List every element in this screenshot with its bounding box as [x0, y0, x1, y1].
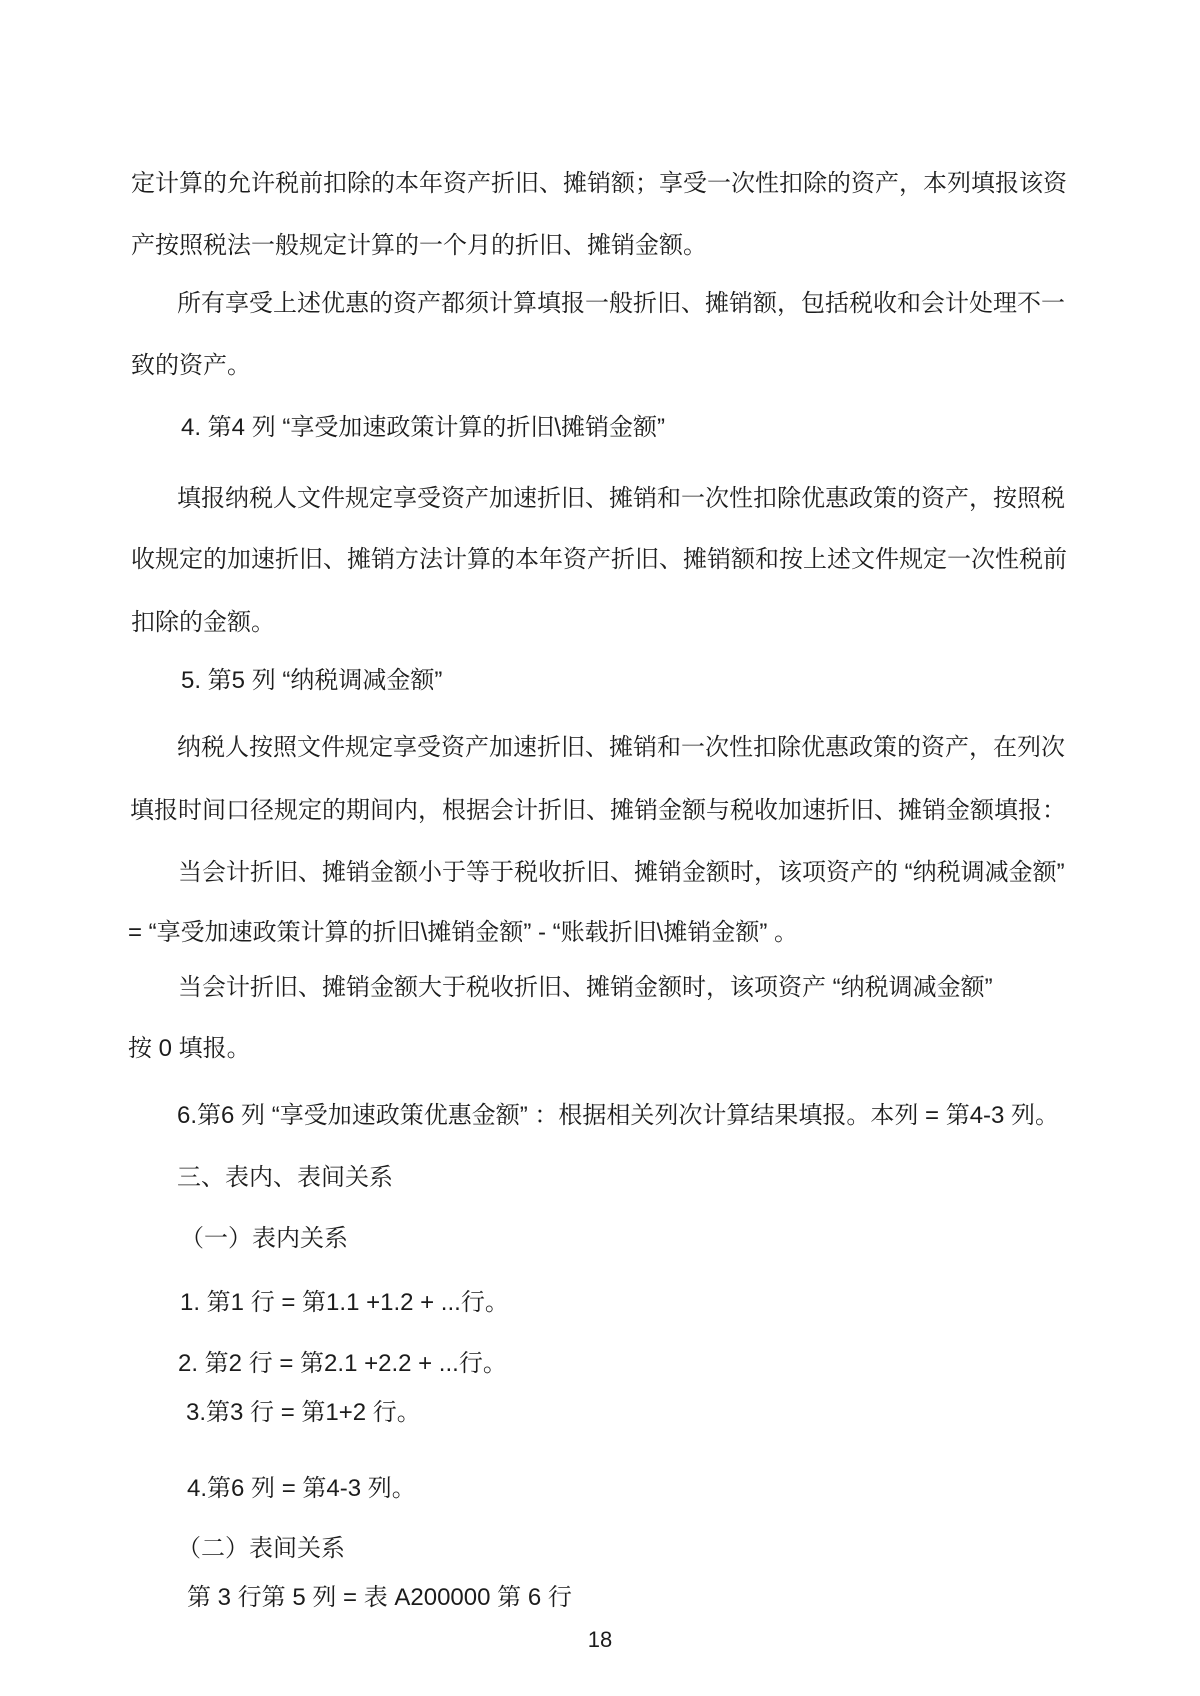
text-line: 按 0 填报。 [128, 1034, 251, 1064]
text-line: 所有享受上述优惠的资产都须计算填报一般折旧、摊销额，包括税收和会计处理不一 [177, 289, 1065, 319]
formula-line: 第 3 行第 5 列 = 表 A200000 第 6 行 [187, 1583, 572, 1613]
text-line: 致的资产。 [131, 351, 251, 381]
text-line: 当会计折旧、摊销金额大于税收折旧、摊销金额时，该项资产 “纳税调减金额” [178, 973, 993, 1003]
document-page: 定计算的允许税前扣除的本年资产折旧、摊销额；享受一次性扣除的资产，本列填报该资 … [0, 0, 1200, 1696]
text-line: 填报时间口径规定的期间内，根据会计折旧、摊销金额与税收加速折旧、摊销金额填报： [130, 796, 1066, 826]
section-heading: （二）表间关系 [177, 1534, 345, 1564]
section-heading: 4. 第4 列 “享受加速政策计算的折旧\摊销金额” [181, 413, 665, 443]
text-line: 当会计折旧、摊销金额小于等于税收折旧、摊销金额时，该项资产的 “纳税调减金额” [178, 858, 1065, 888]
text-line: 纳税人按照文件规定享受资产加速折旧、摊销和一次性扣除优惠政策的资产，在列次 [177, 733, 1065, 763]
text-line: 扣除的金额。 [131, 608, 275, 638]
text-line: 填报纳税人文件规定享受资产加速折旧、摊销和一次性扣除优惠政策的资产，按照税 [177, 484, 1065, 514]
page-number: 18 [0, 1628, 1200, 1652]
formula-line: 2. 第2 行 = 第2.1 +2.2 + ...行。 [178, 1349, 507, 1379]
text-line: 收规定的加速折旧、摊销方法计算的本年资产折旧、摊销额和按上述文件规定一次性税前 [131, 545, 1067, 575]
section-heading: 5. 第5 列 “纳税调减金额” [181, 666, 442, 696]
formula-line: 3.第3 行 = 第1+2 行。 [186, 1398, 421, 1428]
section-heading: 三、表内、表间关系 [177, 1163, 393, 1193]
formula-line: 1. 第1 行 = 第1.1 +1.2 + ...行。 [180, 1288, 509, 1318]
section-heading: 6.第6 列 “享受加速政策优惠金额” ：根据相关列次计算结果填报。本列 = 第… [177, 1101, 1059, 1131]
text-line: 产按照税法一般规定计算的一个月的折旧、摊销金额。 [131, 231, 707, 261]
formula-line: = “享受加速政策计算的折旧\摊销金额” - “账载折旧\摊销金额” 。 [128, 918, 798, 948]
section-heading: （一）表内关系 [180, 1224, 348, 1254]
formula-line: 4.第6 列 = 第4-3 列。 [187, 1474, 416, 1504]
text-line: 定计算的允许税前扣除的本年资产折旧、摊销额；享受一次性扣除的资产，本列填报该资 [131, 169, 1067, 199]
